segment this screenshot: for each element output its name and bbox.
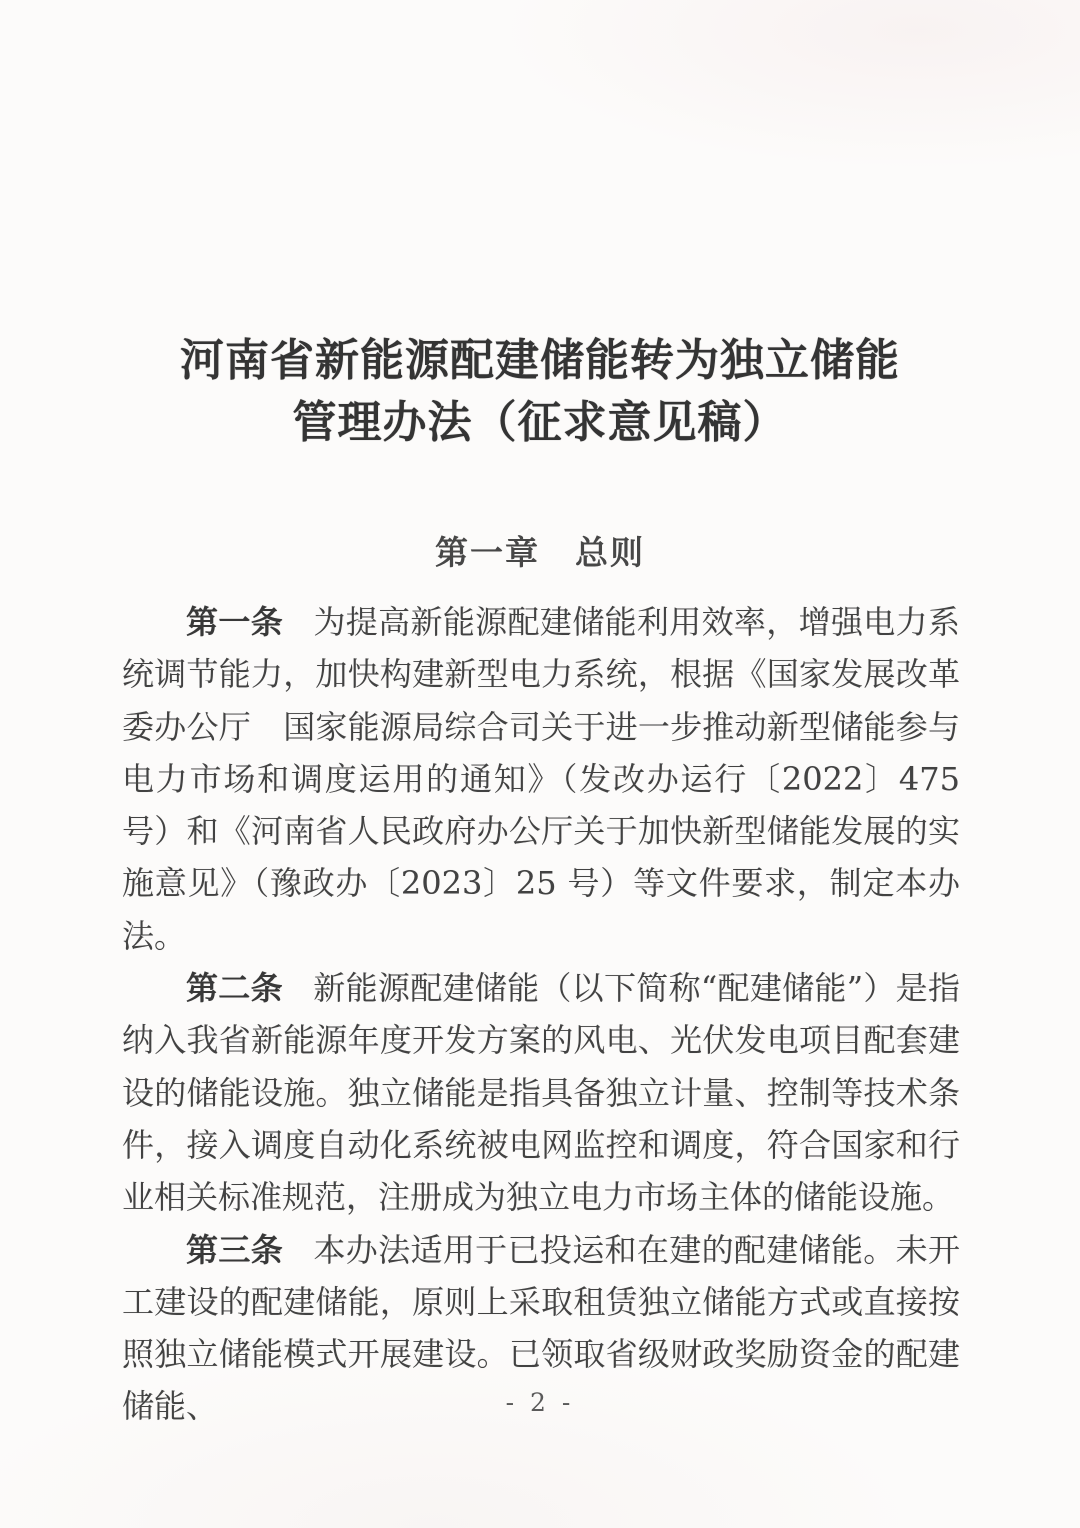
article-1-text: 为提高新能源配建储能利用效率，增强电力系统调节能力，加快构建新型电力系统，根据《… (122, 603, 960, 955)
article-3-label: 第三条 (186, 1231, 283, 1269)
article-paragraph-1: 第一条为提高新能源配建储能利用效率，增强电力系统调节能力，加快构建新型电力系统，… (122, 596, 960, 962)
document-body: 第一条为提高新能源配建储能利用效率，增强电力系统调节能力，加快构建新型电力系统，… (122, 596, 960, 1433)
document-title-line-2: 管理办法（征求意见稿） (0, 392, 1080, 454)
chapter-heading: 第一章 总则 (0, 527, 1080, 574)
document-page: 河南省新能源配建储能转为独立储能 管理办法（征求意见稿） 第一章 总则 第一条为… (0, 0, 1080, 1528)
document-title-line-1: 河南省新能源配建储能转为独立储能 (0, 330, 1080, 392)
article-paragraph-2: 第二条新能源配建储能（以下简称“配建储能”）是指纳入我省新能源年度开发方案的风电… (122, 962, 960, 1223)
article-1-label: 第一条 (186, 603, 283, 641)
article-2-label: 第二条 (186, 969, 283, 1007)
page-number: - 2 - (0, 1388, 1080, 1417)
document-title: 河南省新能源配建储能转为独立储能 管理办法（征求意见稿） (0, 330, 1080, 454)
